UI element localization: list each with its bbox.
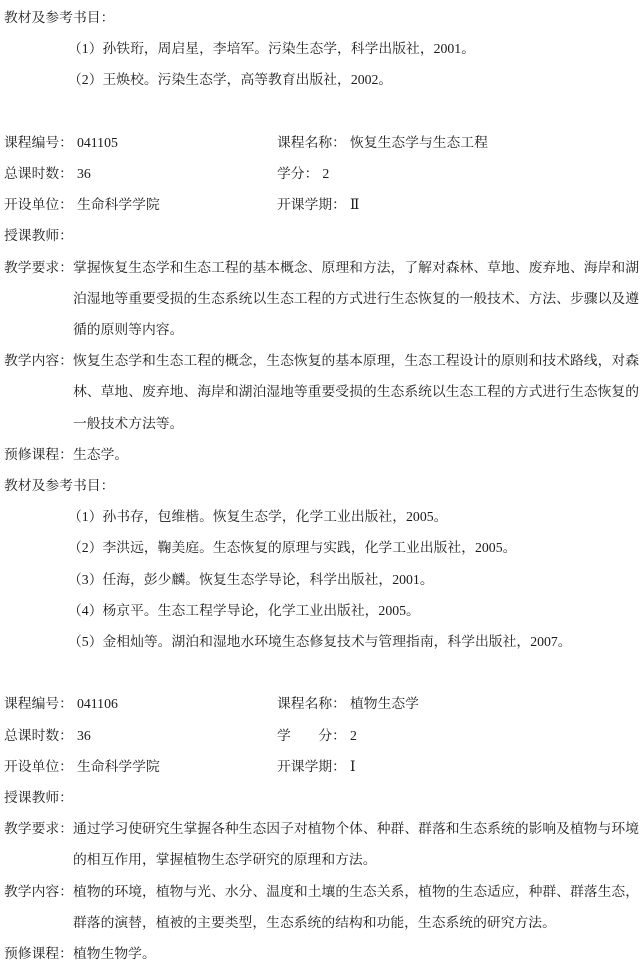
prereq-label: 预修课程：: [4, 447, 73, 462]
course1-prereq: 预修课程：生态学。: [4, 439, 639, 470]
course2-teacher: 授课教师：: [4, 782, 639, 813]
course-unit-label: 开设单位：: [4, 197, 73, 212]
course-name-label: 课程名称：: [277, 696, 346, 711]
reference-item: （2）王焕校。污染生态学，高等教育出版社，2002。: [4, 64, 639, 95]
reference-item: （1）孙铁珩，周启星，李培军。污染生态学，科学出版社，2001。: [4, 33, 639, 64]
course-code-value: 041106: [77, 696, 118, 711]
course1-header-row1: 课程编号：041105 课程名称：恢复生态学与生态工程: [4, 127, 639, 158]
course-name: 课程名称：植物生态学: [277, 688, 419, 719]
requirements-text: 通过学习使研究生掌握各种生态因子对植物个体、种群、群落和生态系统的影响及植物与环…: [73, 821, 639, 867]
course-hours: 总课时数：36: [4, 158, 277, 189]
prereq-label: 预修课程：: [4, 946, 73, 961]
course-code-label: 课程编号：: [4, 696, 73, 711]
course-unit: 开设单位：生命科学学院: [4, 751, 277, 782]
course-term: 开课学期：Ⅱ: [277, 189, 359, 220]
course-name-label: 课程名称：: [277, 135, 346, 150]
course1-requirements: 教学要求：掌握恢复生态学和生态工程的基本概念、原理和方法，了解对森林、草地、废弃…: [4, 252, 639, 346]
refs-heading: 教材及参考书目：: [4, 2, 639, 33]
content-label: 教学内容：: [4, 353, 73, 368]
course-term: 开课学期：Ⅰ: [277, 751, 355, 782]
course-credit-value: 2: [350, 728, 357, 743]
course-code: 课程编号：041106: [4, 688, 277, 719]
course-code-label: 课程编号：: [4, 135, 73, 150]
course-name-value: 恢复生态学与生态工程: [350, 135, 488, 150]
course-credit: 学 分：2: [277, 720, 357, 751]
content-text: 植物的环境，植物与光、水分、温度和土壤的生态关系，植物的生态适应，种群、群落生态…: [73, 884, 639, 930]
reference-item: （5）金相灿等。湖泊和湿地水环境生态修复技术与管理指南，科学出版社，2007。: [4, 626, 639, 657]
course-name-value: 植物生态学: [350, 696, 419, 711]
course-hours: 总课时数：36: [4, 720, 277, 751]
course-name: 课程名称：恢复生态学与生态工程: [277, 127, 488, 158]
course-unit: 开设单位：生命科学学院: [4, 189, 277, 220]
course2-prereq: 预修课程：植物生物学。: [4, 938, 639, 967]
prereq-text: 植物生物学。: [73, 946, 156, 961]
course-unit-value: 生命科学学院: [77, 759, 160, 774]
course1-header-row2: 总课时数：36 学分：2: [4, 158, 639, 189]
course2-header-row1: 课程编号：041106 课程名称：植物生态学: [4, 688, 639, 719]
course-hours-value: 36: [77, 166, 91, 181]
teacher-label: 授课教师：: [4, 228, 73, 243]
spacer: [4, 96, 639, 127]
syllabus-page: 教材及参考书目： （1）孙铁珩，周启星，李培军。污染生态学，科学出版社，2001…: [0, 0, 643, 967]
content-text: 恢复生态学和生态工程的概念，生态恢复的基本原理，生态工程设计的原则和技术路线，对…: [73, 353, 639, 430]
course-term-value: Ⅱ: [350, 197, 359, 212]
course1-teacher: 授课教师：: [4, 220, 639, 251]
course-unit-value: 生命科学学院: [77, 197, 160, 212]
course-code-value: 041105: [77, 135, 118, 150]
course-unit-label: 开设单位：: [4, 759, 73, 774]
content-label: 教学内容：: [4, 884, 73, 899]
course-hours-value: 36: [77, 728, 91, 743]
course-code: 课程编号：041105: [4, 127, 277, 158]
requirements-label: 教学要求：: [4, 821, 73, 836]
spacer: [4, 657, 639, 688]
reference-item: （4）杨京平。生态工程学导论，化学工业出版社，2005。: [4, 595, 639, 626]
course-term-label: 开课学期：: [277, 759, 346, 774]
course2-content: 教学内容：植物的环境，植物与光、水分、温度和土壤的生态关系，植物的生态适应，种群…: [4, 876, 639, 938]
course1-content: 教学内容：恢复生态学和生态工程的概念，生态恢复的基本原理，生态工程设计的原则和技…: [4, 345, 639, 439]
prereq-text: 生态学。: [73, 447, 128, 462]
reference-item: （3）任海，彭少麟。恢复生态学导论，科学出版社，2001。: [4, 564, 639, 595]
course-hours-label: 总课时数：: [4, 166, 73, 181]
requirements-text: 掌握恢复生态学和生态工程的基本概念、原理和方法，了解对森林、草地、废弃地、海岸和…: [73, 260, 639, 337]
course-credit: 学分：2: [277, 158, 329, 189]
course-credit-value: 2: [322, 166, 329, 181]
refs-heading: 教材及参考书目：: [4, 470, 639, 501]
course-term-label: 开课学期：: [277, 197, 346, 212]
teacher-label: 授课教师：: [4, 790, 73, 805]
course-credit-label: 学分：: [277, 166, 318, 181]
course1-header-row3: 开设单位：生命科学学院 开课学期：Ⅱ: [4, 189, 639, 220]
course-hours-label: 总课时数：: [4, 728, 73, 743]
course2-requirements: 教学要求：通过学习使研究生掌握各种生态因子对植物个体、种群、群落和生态系统的影响…: [4, 813, 639, 875]
course2-header-row2: 总课时数：36 学 分：2: [4, 720, 639, 751]
course-term-value: Ⅰ: [350, 759, 355, 774]
reference-item: （2）李洪远，鞠美庭。生态恢复的原理与实践，化学工业出版社，2005。: [4, 532, 639, 563]
reference-item: （1）孙书存，包维楷。恢复生态学，化学工业出版社，2005。: [4, 501, 639, 532]
course2-header-row3: 开设单位：生命科学学院 开课学期：Ⅰ: [4, 751, 639, 782]
requirements-label: 教学要求：: [4, 260, 73, 275]
course-credit-label: 学 分：: [277, 728, 346, 743]
